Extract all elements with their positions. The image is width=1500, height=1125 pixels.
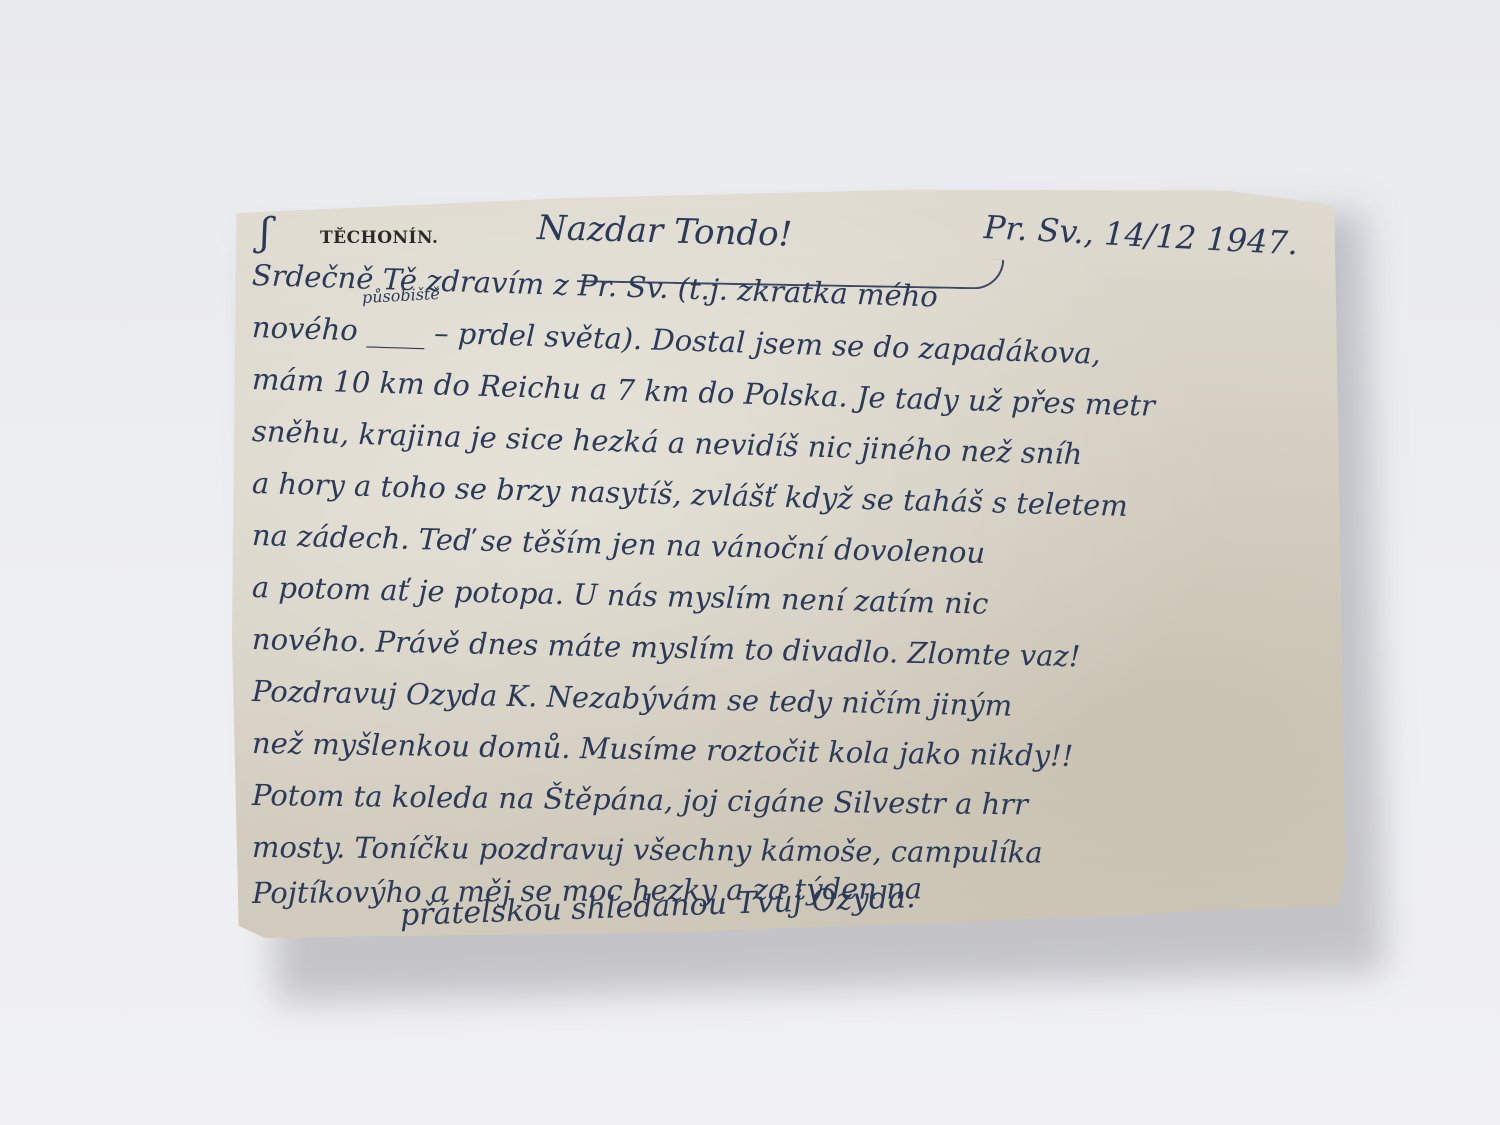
body-line: nového. Právě dnes máte myslím to divadl… xyxy=(252,622,1081,673)
body-line: a potom ať je potopa. U nás myslím není … xyxy=(252,570,989,621)
body-line: na zádech. Teď se těším jen na vánoční d… xyxy=(252,518,986,570)
printed-place-name: TĚCHONÍN. xyxy=(320,228,438,248)
body-line: mám 10 km do Reichu a 7 km do Polska. Je… xyxy=(251,362,1155,423)
body-line: Pozdravuj Ozyda K. Nezabývám se tedy nič… xyxy=(252,674,1013,723)
body-line: Potom ta koleda na Štěpána, joj cigáne S… xyxy=(252,778,1028,821)
body-line: a hory a toho se brzy nasytíš, zvlášť kd… xyxy=(252,466,1129,523)
body-line: než myšlenkou domů. Musíme roztočit kola… xyxy=(252,726,1074,773)
body-line: nového ____ – prdel světa). Dostal jsem … xyxy=(251,310,1101,371)
initial-flourish: ʃ xyxy=(260,210,270,254)
greeting: Nazdar Tondo! xyxy=(536,208,792,255)
body-line: sněhu, krajina je sice hezká a nevidíš n… xyxy=(252,414,1083,471)
body-line: mosty. Toníčku pozdravuj všechny kámoše,… xyxy=(252,830,1043,870)
postcard: ʃ TĚCHONÍN. Nazdar Tondo! Pr. Sv., 14/12… xyxy=(232,186,1350,938)
place-date: Pr. Sv., 14/12 1947. xyxy=(983,208,1299,262)
